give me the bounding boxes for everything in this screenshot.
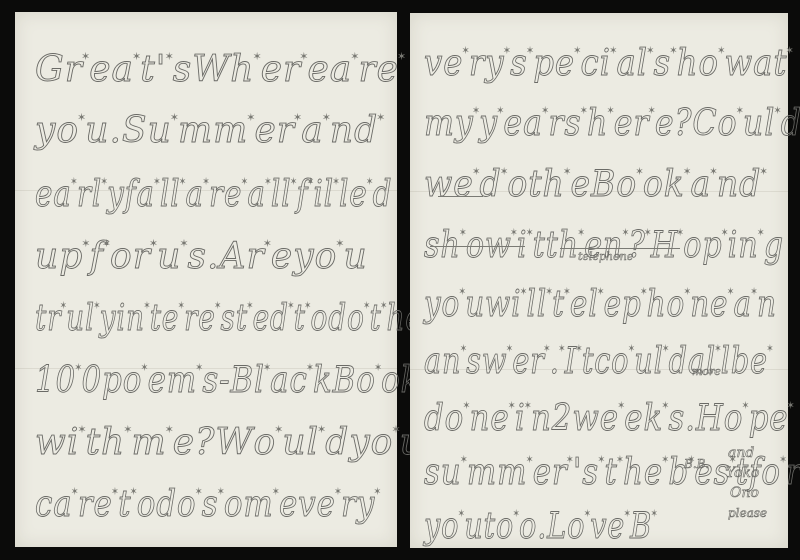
star-doodle-icon: ✶ <box>787 400 796 411</box>
star-doodle-icon: ✶ <box>759 166 768 177</box>
star-doodle-icon: ✶ <box>721 227 730 238</box>
handwritten-line: ca✶re✶ t✶o do✶ s✶om✶e ve✶ry✶ <box>35 474 331 536</box>
star-doodle-icon: ✶ <box>460 454 469 465</box>
star-doodle-icon: ✶ <box>573 45 582 56</box>
handwritten-line: Gr✶ea✶t'✶s Wh✶er✶ea✶re✶ <box>35 42 379 98</box>
handwritten-line: my✶ y✶ea✶rs✶ h✶er✶e ? Co✶ul✶d <box>424 93 728 155</box>
inserted-word: more <box>692 365 721 378</box>
star-doodle-icon: ✶ <box>640 286 648 297</box>
star-doodle-icon: ✶ <box>512 508 520 519</box>
handwritten-line: ea✶rl✶y fa✶ll✶ a✶re✶ a✶ll✶ f✶il✶le✶d <box>35 164 317 226</box>
star-doodle-icon: ✶ <box>766 343 774 354</box>
handwritten-line: wi✶th✶ m✶e ? Wo✶ul✶d yo✶u <box>35 412 379 474</box>
star-doodle-icon: ✶ <box>635 166 644 177</box>
star-doodle-icon: ✶ <box>140 362 149 373</box>
star-doodle-icon: ✶ <box>363 300 371 311</box>
star-doodle-icon: ✶ <box>264 176 272 187</box>
star-doodle-icon: ✶ <box>77 112 87 123</box>
star-doodle-icon: ✶ <box>195 362 204 373</box>
star-doodle-icon: ✶ <box>584 508 592 519</box>
star-doodle-icon: ✶ <box>503 45 512 56</box>
star-doodle-icon: ✶ <box>628 343 636 354</box>
star-doodle-icon: ✶ <box>366 176 374 187</box>
star-doodle-icon: ✶ <box>195 486 204 497</box>
star-doodle-icon: ✶ <box>609 45 618 56</box>
letter-page-left: Gr✶ea✶t'✶s Wh✶er✶ea✶re✶ yo✶u . Su✶mm✶er✶… <box>15 12 397 547</box>
signature-line: please <box>728 505 767 522</box>
star-doodle-icon: ✶ <box>263 362 272 373</box>
star-doodle-icon: ✶ <box>460 343 468 354</box>
text-underline <box>430 246 525 247</box>
handwritten-line: tr✶ul✶y in✶te✶re✶st✶ed✶ t✶o do✶ t✶he✶ <box>35 288 303 350</box>
star-doodle-icon: ✶ <box>458 286 466 297</box>
star-doodle-icon: ✶ <box>750 286 758 297</box>
handwritten-line: yo✶u . Su✶mm✶er✶ a✶nd✶ <box>35 98 379 164</box>
star-doodle-icon: ✶ <box>100 176 108 187</box>
star-doodle-icon: ✶ <box>123 424 133 435</box>
star-doodle-icon: ✶ <box>153 176 161 187</box>
star-doodle-icon: ✶ <box>622 227 631 238</box>
star-doodle-icon: ✶ <box>111 486 120 497</box>
star-doodle-icon: ✶ <box>500 166 509 177</box>
star-doodle-icon: ✶ <box>526 45 535 56</box>
handwritten-text-block: Gr✶ea✶t'✶s Wh✶er✶ea✶re✶ yo✶u . Su✶mm✶er✶… <box>35 42 379 536</box>
star-doodle-icon: ✶ <box>246 112 256 123</box>
star-doodle-icon: ✶ <box>380 300 388 311</box>
star-doodle-icon: ✶ <box>577 227 586 238</box>
star-doodle-icon: ✶ <box>526 454 535 465</box>
star-doodle-icon: ✶ <box>317 424 327 435</box>
star-doodle-icon: ✶ <box>102 238 112 249</box>
star-doodle-icon: ✶ <box>646 45 655 56</box>
star-doodle-icon: ✶ <box>179 176 187 187</box>
star-doodle-icon: ✶ <box>214 300 222 311</box>
handwritten-line: we✶ d✶o th✶e Bo✶ok✶ a✶nd✶ <box>424 155 742 215</box>
star-doodle-icon: ✶ <box>143 300 151 311</box>
star-doodle-icon: ✶ <box>545 286 553 297</box>
star-doodle-icon: ✶ <box>299 51 309 62</box>
star-doodle-icon: ✶ <box>669 45 678 56</box>
star-doodle-icon: ✶ <box>322 112 332 123</box>
star-doodle-icon: ✶ <box>683 286 691 297</box>
star-doodle-icon: ✶ <box>683 166 692 177</box>
star-doodle-icon: ✶ <box>334 486 343 497</box>
star-doodle-icon: ✶ <box>650 508 658 519</box>
star-doodle-icon: ✶ <box>709 166 718 177</box>
signature-initials: B.B. <box>684 456 709 473</box>
star-doodle-icon: ✶ <box>558 343 566 354</box>
star-doodle-icon: ✶ <box>506 343 514 354</box>
star-doodle-icon: ✶ <box>648 105 657 116</box>
star-doodle-icon: ✶ <box>149 238 159 249</box>
star-doodle-icon: ✶ <box>606 105 615 116</box>
star-doodle-icon: ✶ <box>597 286 605 297</box>
star-doodle-icon: ✶ <box>472 166 481 177</box>
star-doodle-icon: ✶ <box>661 454 670 465</box>
star-doodle-icon: ✶ <box>350 51 360 62</box>
star-doodle-icon: ✶ <box>373 486 382 497</box>
handwritten-line: yo✶u wi✶ll✶ t✶el✶ep✶ho✶ne✶ a✶n <box>424 277 708 333</box>
star-doodle-icon: ✶ <box>293 112 303 123</box>
star-doodle-icon: ✶ <box>335 238 345 249</box>
handwritten-line: up✶ f✶or✶ u✶s . Ar✶e yo✶u <box>35 226 379 288</box>
star-doodle-icon: ✶ <box>391 424 401 435</box>
star-doodle-icon: ✶ <box>332 176 340 187</box>
handwritten-line: 10✶0 po✶em✶s - Bl✶ac✶k Bo✶ok✶ <box>35 350 331 412</box>
star-doodle-icon: ✶ <box>727 286 735 297</box>
star-doodle-icon: ✶ <box>71 486 80 497</box>
star-doodle-icon: ✶ <box>566 454 575 465</box>
star-doodle-icon: ✶ <box>779 454 788 465</box>
star-doodle-icon: ✶ <box>717 45 726 56</box>
handwritten-line: yo✶u to✶o . Lo✶ve✶ B✶ <box>424 499 701 555</box>
star-doodle-icon: ✶ <box>661 400 670 411</box>
star-doodle-icon: ✶ <box>290 176 298 187</box>
handwritten-text-block: ve✶ry✶ s✶pe✶ci✶al✶ s✶ho✶w at✶ my✶ y✶ea✶r… <box>424 35 770 555</box>
star-doodle-icon: ✶ <box>575 343 583 354</box>
star-doodle-icon: ✶ <box>304 300 312 311</box>
text-underline <box>560 248 680 249</box>
star-doodle-icon: ✶ <box>458 508 466 519</box>
star-doodle-icon: ✶ <box>459 227 468 238</box>
star-doodle-icon: ✶ <box>736 105 745 116</box>
star-doodle-icon: ✶ <box>714 343 722 354</box>
star-doodle-icon: ✶ <box>461 45 470 56</box>
star-doodle-icon: ✶ <box>306 362 315 373</box>
star-doodle-icon: ✶ <box>563 166 572 177</box>
star-doodle-icon: ✶ <box>263 238 273 249</box>
star-doodle-icon: ✶ <box>93 300 101 311</box>
star-doodle-icon: ✶ <box>246 300 254 311</box>
star-doodle-icon: ✶ <box>272 486 281 497</box>
star-doodle-icon: ✶ <box>757 227 766 238</box>
star-doodle-icon: ✶ <box>287 300 295 311</box>
star-doodle-icon: ✶ <box>580 105 589 116</box>
star-doodle-icon: ✶ <box>662 343 670 354</box>
star-doodle-icon: ✶ <box>616 454 625 465</box>
star-doodle-icon: ✶ <box>508 400 517 411</box>
star-doodle-icon: ✶ <box>81 238 91 249</box>
letter-page-right: ve✶ry✶ s✶pe✶ci✶al✶ s✶ho✶w at✶ my✶ y✶ea✶r… <box>410 13 788 548</box>
star-doodle-icon: ✶ <box>77 424 87 435</box>
handwritten-line: do✶ne✶ i✶n 2 we✶ek✶s . Ho✶pe✶ <box>424 391 722 447</box>
inserted-word: telephone <box>578 250 633 263</box>
star-doodle-icon: ✶ <box>376 112 386 123</box>
star-doodle-icon: ✶ <box>202 176 210 187</box>
text-underline <box>438 196 483 197</box>
star-doodle-icon: ✶ <box>785 45 794 56</box>
handwritten-line: an✶sw✶er✶ .✶ I✶t co✶ul✶d al✶l be✶ <box>424 333 701 391</box>
star-doodle-icon: ✶ <box>179 238 189 249</box>
star-doodle-icon: ✶ <box>676 227 685 238</box>
star-doodle-icon: ✶ <box>252 51 262 62</box>
star-doodle-icon: ✶ <box>60 300 68 311</box>
star-doodle-icon: ✶ <box>510 227 519 238</box>
signature-line: and <box>728 445 754 462</box>
star-doodle-icon: ✶ <box>563 286 571 297</box>
star-doodle-icon: ✶ <box>74 362 83 373</box>
signature-line: Ono <box>730 485 759 502</box>
star-doodle-icon: ✶ <box>241 176 249 187</box>
star-doodle-icon: ✶ <box>597 454 606 465</box>
star-doodle-icon: ✶ <box>617 400 626 411</box>
star-doodle-icon: ✶ <box>397 51 407 62</box>
star-doodle-icon: ✶ <box>520 286 528 297</box>
star-doodle-icon: ✶ <box>496 105 505 116</box>
star-doodle-icon: ✶ <box>773 105 782 116</box>
star-doodle-icon: ✶ <box>526 227 535 238</box>
signature-line: Yoko <box>726 465 759 482</box>
handwritten-line: ve✶ry✶ s✶pe✶ci✶al✶ s✶ho✶w at✶ <box>424 35 735 93</box>
star-doodle-icon: ✶ <box>165 51 175 62</box>
star-doodle-icon: ✶ <box>274 424 284 435</box>
star-doodle-icon: ✶ <box>178 300 186 311</box>
star-doodle-icon: ✶ <box>742 400 751 411</box>
star-doodle-icon: ✶ <box>374 362 383 373</box>
star-doodle-icon: ✶ <box>541 105 550 116</box>
star-doodle-icon: ✶ <box>624 508 632 519</box>
star-doodle-icon: ✶ <box>70 176 78 187</box>
star-doodle-icon: ✶ <box>462 400 471 411</box>
handwritten-line: su✶mm✶er✶'s✶ t✶he✶ b✶es✶t fo✶r <box>424 447 722 499</box>
star-doodle-icon: ✶ <box>170 112 180 123</box>
star-doodle-icon: ✶ <box>307 176 315 187</box>
star-doodle-icon: ✶ <box>130 486 139 497</box>
star-doodle-icon: ✶ <box>644 227 653 238</box>
star-doodle-icon: ✶ <box>81 51 91 62</box>
star-doodle-icon: ✶ <box>132 51 142 62</box>
star-doodle-icon: ✶ <box>524 400 533 411</box>
star-doodle-icon: ✶ <box>543 343 551 354</box>
star-doodle-icon: ✶ <box>472 105 481 116</box>
star-doodle-icon: ✶ <box>165 424 175 435</box>
star-doodle-icon: ✶ <box>217 486 226 497</box>
